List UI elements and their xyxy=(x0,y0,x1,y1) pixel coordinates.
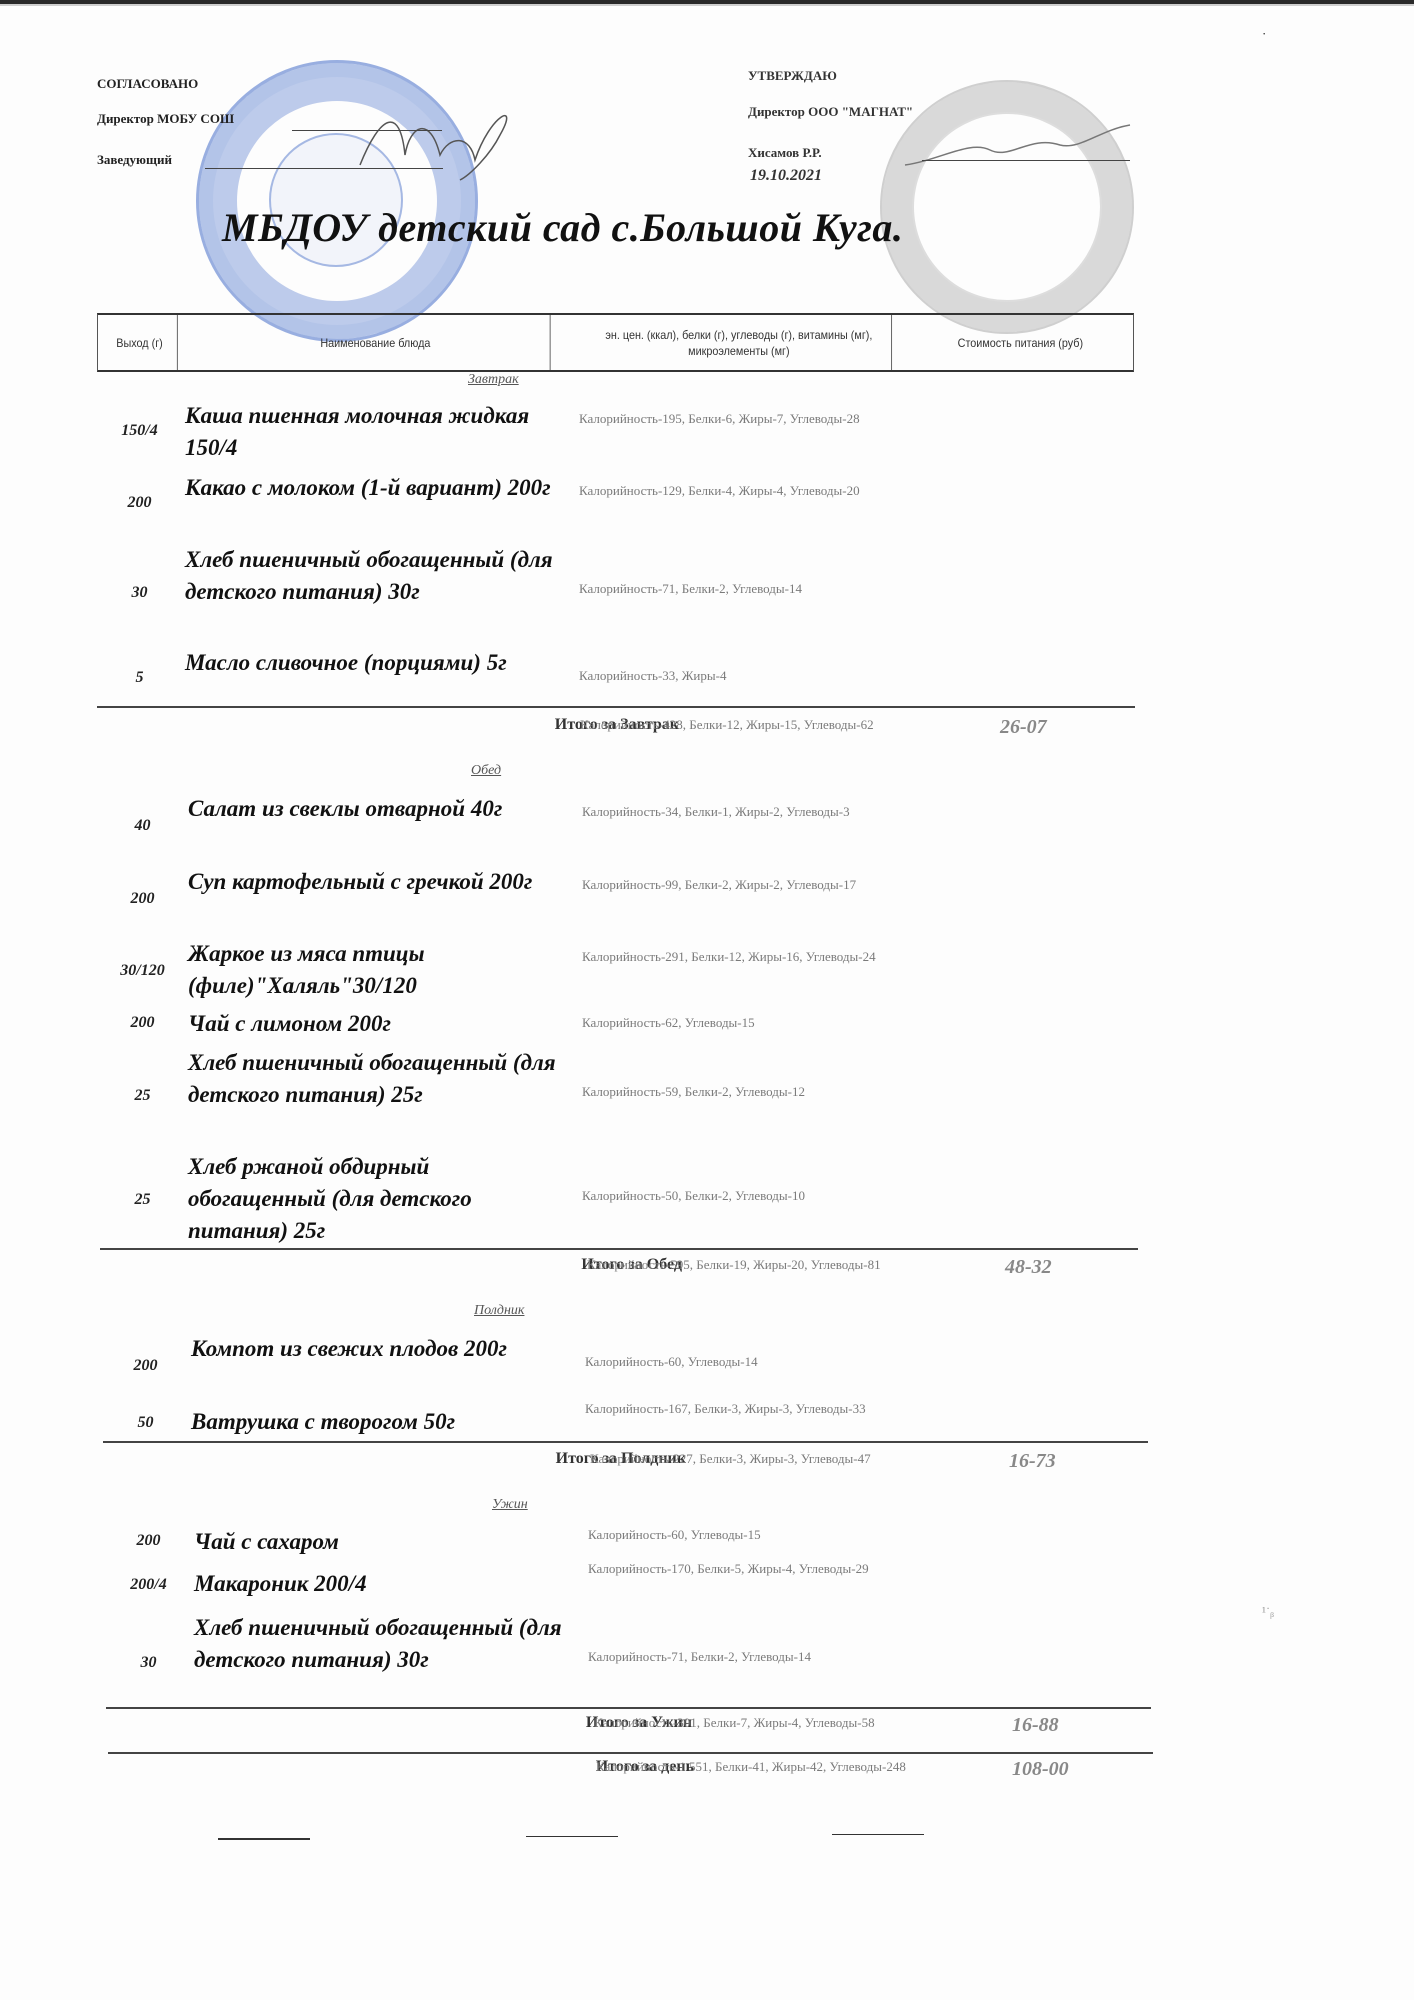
column-nutrition: эн. цен. (ккал), белки (г), углеводы (г)… xyxy=(586,315,891,370)
menu-table-header: Выход (г) Наименование блюда эн. цен. (к… xyxy=(97,313,1134,372)
section-divider xyxy=(108,1752,1153,1754)
output-value: 200 xyxy=(106,1532,191,1550)
dish-name: Хлеб ржаной обдирный обогащенный (для де… xyxy=(188,1151,568,1247)
output-value: 25 xyxy=(100,1087,185,1105)
scan-speck: · xyxy=(1262,26,1266,42)
output-value: 150/4 xyxy=(97,422,182,440)
meal-title-lunch: Обед xyxy=(471,763,501,779)
output-value: 50 xyxy=(103,1414,188,1432)
company-seal-stamp-icon xyxy=(880,80,1134,334)
section-divider xyxy=(97,706,1135,708)
approval-right-name: Хисамов Р.Р. xyxy=(748,145,822,161)
total-nutrition: Калорийность-428, Белки-12, Жиры-15, Угл… xyxy=(580,716,900,734)
nutrition-info: Калорийность-195, Белки-6, Жиры-7, Углев… xyxy=(579,410,899,428)
scan-speck: ¹˙ᵦ xyxy=(1262,1604,1274,1620)
dish-name: Какао с молоком (1-й вариант) 200г xyxy=(185,472,575,504)
dish-name: Хлеб пшеничный обогащенный (для детского… xyxy=(185,544,565,608)
output-value: 30/120 xyxy=(100,962,185,980)
meal-title-breakfast: Завтрак xyxy=(468,372,519,388)
document-title: МБДОУ детский сад с.Большой Куга. xyxy=(222,204,903,251)
footer-signature-line xyxy=(526,1836,618,1837)
nutrition-info: Калорийность-60, Углеводы-15 xyxy=(588,1526,908,1544)
total-nutrition: Калорийность-1 551, Белки-41, Жиры-42, У… xyxy=(596,1758,916,1776)
output-value: 200 xyxy=(100,1014,185,1032)
dish-name: Чай с сахаром xyxy=(194,1526,584,1558)
output-value: 40 xyxy=(100,817,185,835)
dish-name: Салат из свеклы отварной 40г xyxy=(188,793,578,825)
output-value: 5 xyxy=(97,669,182,687)
signature-line xyxy=(922,160,1130,161)
output-value: 200 xyxy=(103,1357,188,1375)
meal-title-dinner: Ужин xyxy=(492,1497,528,1513)
nutrition-info: Калорийность-170, Белки-5, Жиры-4, Углев… xyxy=(588,1560,908,1578)
dish-name: Хлеб пшеничный обогащенный (для детского… xyxy=(188,1047,568,1111)
dish-name: Макароник 200/4 xyxy=(194,1568,584,1600)
nutrition-info: Калорийность-50, Белки-2, Углеводы-10 xyxy=(582,1187,902,1205)
section-divider xyxy=(103,1441,1148,1443)
dish-name: Чай с лимоном 200г xyxy=(188,1008,578,1040)
approval-right-position: Директор ООО "МАГНАТ" xyxy=(748,104,913,120)
approval-right-heading: УТВЕРЖДАЮ xyxy=(748,68,837,84)
approval-date: 19.10.2021 xyxy=(750,167,822,185)
footer-signature-line xyxy=(832,1834,924,1835)
output-value: 25 xyxy=(100,1191,185,1209)
scan-edge-shadow xyxy=(0,4,1414,6)
dish-name: Жаркое из мяса птицы (филе)"Халяль"30/12… xyxy=(188,938,578,1002)
nutrition-info: Калорийность-62, Углеводы-15 xyxy=(582,1014,902,1032)
total-nutrition: Калорийность-595, Белки-19, Жиры-20, Угл… xyxy=(587,1256,907,1274)
dish-name: Каша пшенная молочная жидкая 150/4 xyxy=(185,400,575,464)
section-divider xyxy=(106,1707,1151,1709)
column-cost: Стоимость питания (руб) xyxy=(919,315,1121,370)
total-cost: 26-07 xyxy=(1000,716,1047,739)
nutrition-info: Калорийность-167, Белки-3, Жиры-3, Углев… xyxy=(585,1400,905,1418)
signature-line xyxy=(292,130,442,131)
dish-name: Масло сливочное (порциями) 5г xyxy=(185,647,575,679)
nutrition-info: Калорийность-71, Белки-2, Углеводы-14 xyxy=(588,1648,908,1666)
signature-right-icon xyxy=(900,120,1140,180)
total-cost: 16-88 xyxy=(1012,1714,1059,1737)
total-cost: 48-32 xyxy=(1005,1256,1052,1279)
dish-name: Суп картофельный с гречкой 200г xyxy=(188,866,578,898)
total-cost: 16-73 xyxy=(1009,1450,1056,1473)
column-output: Выход (г) xyxy=(102,315,178,370)
approval-left-manager: Заведующий xyxy=(97,152,172,168)
nutrition-info: Калорийность-291, Белки-12, Жиры-16, Угл… xyxy=(582,948,902,966)
nutrition-info: Калорийность-99, Белки-2, Жиры-2, Углево… xyxy=(582,876,902,894)
nutrition-info: Калорийность-33, Жиры-4 xyxy=(579,667,899,685)
dish-name: Ватрушка с творогом 50г xyxy=(191,1406,581,1438)
approval-left-position: Директор МОБУ СОШ xyxy=(97,111,234,127)
footer-signature-line xyxy=(218,1838,310,1840)
output-value: 200/4 xyxy=(106,1576,191,1594)
total-cost: 108-00 xyxy=(1012,1758,1069,1781)
dish-name: Компот из свежих плодов 200г xyxy=(191,1333,581,1365)
meal-title-snack: Полдник xyxy=(474,1303,524,1319)
output-value: 200 xyxy=(97,494,182,512)
signature-line xyxy=(205,168,443,169)
dish-name: Хлеб пшеничный обогащенный (для детского… xyxy=(194,1612,574,1676)
column-dish-name: Наименование блюда xyxy=(201,315,550,370)
output-value: 30 xyxy=(97,584,182,602)
nutrition-info: Калорийность-71, Белки-2, Углеводы-14 xyxy=(579,580,899,598)
nutrition-info: Калорийность-34, Белки-1, Жиры-2, Углево… xyxy=(582,803,902,821)
nutrition-info: Калорийность-129, Белки-4, Жиры-4, Углев… xyxy=(579,482,899,500)
output-value: 200 xyxy=(100,890,185,908)
nutrition-info: Калорийность-60, Углеводы-14 xyxy=(585,1353,905,1371)
section-divider xyxy=(100,1248,1138,1250)
approval-left-heading: СОГЛАСОВАНО xyxy=(97,76,198,92)
signature-left-icon xyxy=(350,95,530,185)
total-nutrition: Калорийность-227, Белки-3, Жиры-3, Углев… xyxy=(590,1450,910,1468)
total-nutrition: Калорийность-301, Белки-7, Жиры-4, Углев… xyxy=(594,1714,914,1732)
nutrition-info: Калорийность-59, Белки-2, Углеводы-12 xyxy=(582,1083,902,1101)
output-value: 30 xyxy=(106,1654,191,1672)
